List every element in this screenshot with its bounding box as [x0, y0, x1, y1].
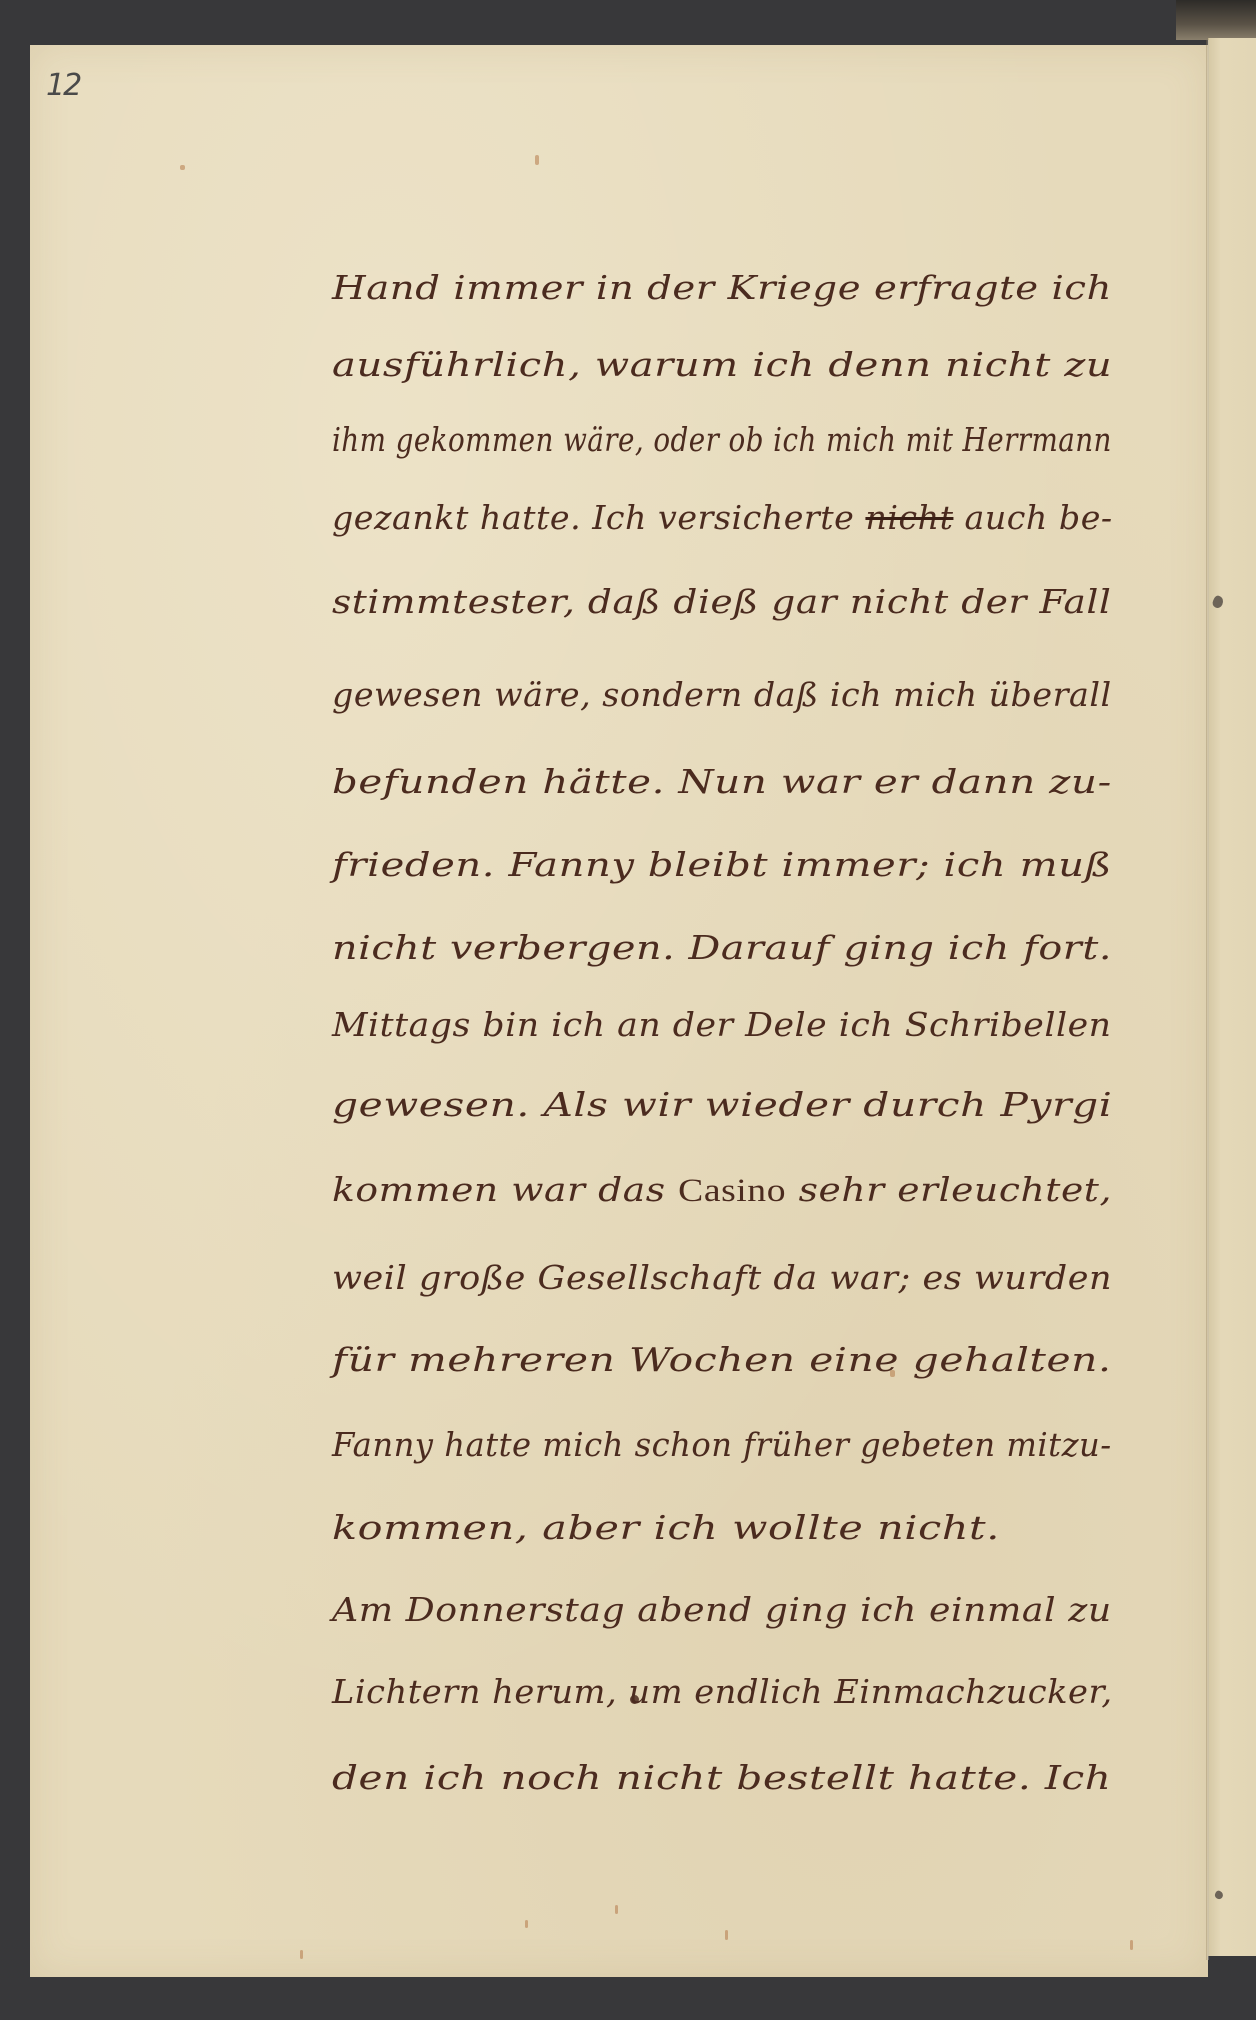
line-text: stimmtester, daß dieß gar nicht der Fall [332, 582, 1111, 621]
manuscript-line: befunden hätte. Nun war er dann zu- [332, 762, 1112, 801]
manuscript-line: ihm gekommen wäre, oder ob ich mich mit … [332, 420, 1112, 459]
latin-script-word: Casino [678, 1173, 786, 1209]
binding-shadow [1176, 0, 1256, 40]
paper-speck [535, 155, 539, 165]
line-text: gezankt hatte. Ich versicherte [332, 498, 865, 537]
paper-speck [1130, 1940, 1133, 1950]
gutter-fold [1206, 40, 1209, 1960]
line-text: weil große Gesellschaft da war; es wurde… [332, 1258, 1112, 1297]
line-text: für mehreren Wochen eine gehalten. [332, 1340, 1112, 1379]
paper-speck [300, 1950, 303, 1959]
line-text: Lichtern herum, um endlich Einmachzucker… [332, 1672, 1113, 1711]
manuscript-line: nicht verbergen. Darauf ging ich fort. [332, 928, 1112, 967]
line-text: auch be- [953, 498, 1112, 537]
manuscript-line: frieden. Fanny bleibt immer; ich muß [332, 845, 1112, 884]
manuscript-line: weil große Gesellschaft da war; es wurde… [332, 1258, 1112, 1297]
line-text: Mittags bin ich an der Dele ich Schribel… [332, 1005, 1112, 1044]
manuscript-line: für mehreren Wochen eine gehalten. [332, 1340, 1112, 1379]
line-text: Hand immer in der Kriege erfragte ich [332, 268, 1112, 307]
line-text: befunden hätte. Nun war er dann zu- [332, 762, 1112, 801]
line-text: gewesen. Als wir wieder durch Pyrgi [332, 1085, 1112, 1124]
next-page-edge [1208, 38, 1256, 1956]
manuscript-line: Am Donnerstag abend ging ich einmal zu [332, 1590, 1112, 1629]
paper-speck [615, 1905, 618, 1914]
manuscript-line: Hand immer in der Kriege erfragte ich [332, 268, 1112, 307]
manuscript-line: Lichtern herum, um endlich Einmachzucker… [332, 1672, 1113, 1711]
binding-pin-icon [1211, 594, 1225, 609]
line-text: Fanny hatte mich schon früher gebeten mi… [332, 1425, 1112, 1464]
manuscript-line: Mittags bin ich an der Dele ich Schribel… [332, 1005, 1112, 1044]
paper-speck [525, 1920, 528, 1928]
manuscript-line: gewesen wäre, sondern daß ich mich übera… [332, 675, 1112, 714]
manuscript-line: Fanny hatte mich schon früher gebeten mi… [332, 1425, 1112, 1464]
manuscript-line: den ich noch nicht bestellt hatte. Ich [332, 1758, 1112, 1797]
line-text: ausführlich, warum ich denn nicht zu [332, 345, 1112, 384]
manuscript-line: kommen war das Casino sehr erleuchtet, [332, 1170, 1112, 1210]
line-text: sehr erleuchtet, [786, 1170, 1112, 1209]
line-text: Am Donnerstag abend ging ich einmal zu [332, 1590, 1112, 1629]
manuscript-line: ausführlich, warum ich denn nicht zu [332, 345, 1112, 384]
line-text: nicht verbergen. Darauf ging ich fort. [332, 928, 1112, 967]
paper-speck [180, 165, 185, 170]
manuscript-line: gezankt hatte. Ich versicherte nicht auc… [332, 498, 1113, 537]
manuscript-line: stimmtester, daß dieß gar nicht der Fall [332, 582, 1111, 621]
manuscript-line: gewesen. Als wir wieder durch Pyrgi [332, 1085, 1112, 1124]
folio-number: 12 [46, 68, 80, 103]
paper-speck [725, 1930, 728, 1940]
line-text: frieden. Fanny bleibt immer; ich muß [332, 845, 1112, 884]
manuscript-line: kommen, aber ich wollte nicht. [332, 1508, 1000, 1547]
line-text: den ich noch nicht bestellt hatte. Ich [332, 1758, 1112, 1797]
line-text: kommen, aber ich wollte nicht. [332, 1508, 1000, 1547]
line-text: ihm gekommen wäre, oder ob ich mich mit … [332, 420, 1112, 459]
line-text: kommen war das [332, 1170, 678, 1209]
line-text: gewesen wäre, sondern daß ich mich übera… [332, 675, 1112, 714]
binding-pin-icon [1214, 1890, 1225, 1901]
struck-through-word: nicht [865, 498, 953, 537]
